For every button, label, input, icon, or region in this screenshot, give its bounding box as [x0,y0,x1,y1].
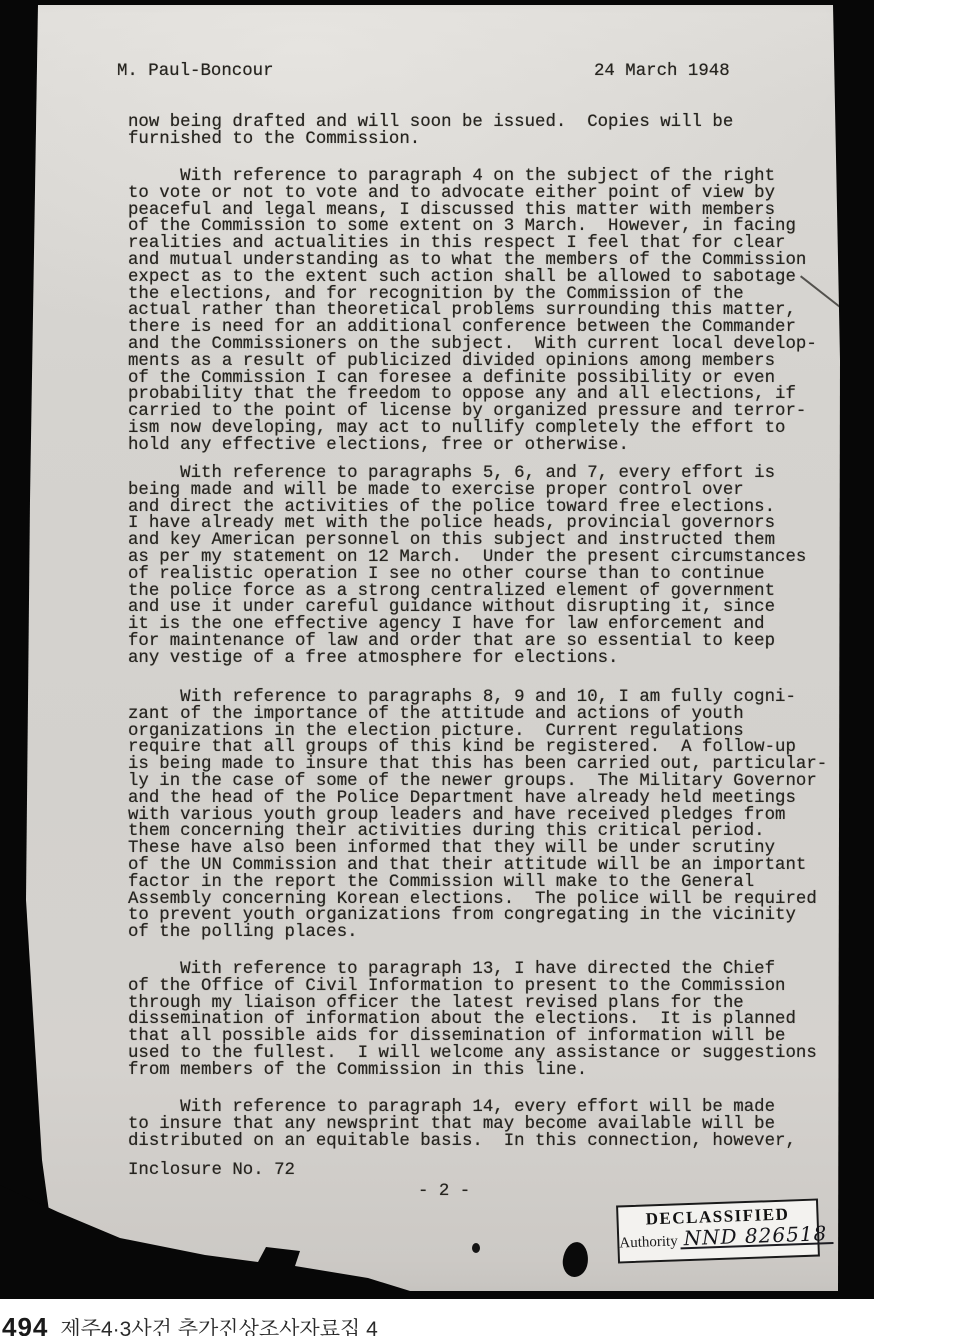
declassified-stamp: DECLASSIFIED AuthorityNND 826518 [616,1198,820,1263]
caption-page-number: 494 [2,1312,48,1336]
ink-speck [472,1243,480,1253]
book-page: M. Paul-Boncour 24 March 1948 now being … [0,0,976,1336]
paragraph-4: With reference to paragraphs 8, 9 and 10… [128,690,827,942]
paragraph-3: With reference to paragraphs 5, 6, and 7… [128,466,806,668]
stamp-authority-label: Authority [619,1233,678,1251]
caption-title: 제주4·3사건 추가진상조사자료집 4 [60,1318,377,1336]
book-caption: 494제주4·3사건 추가진상조사자료집 4 [2,1312,378,1336]
paragraph-2: With reference to paragraph 4 on the sub… [128,169,817,455]
paragraph-1: now being drafted and will soon be issue… [128,115,733,149]
paragraph-6: With reference to paragraph 14, every ef… [128,1100,796,1150]
addressee: M. Paul-Boncour [117,64,274,81]
stamp-authority-number: NND 826518 [680,1224,833,1249]
document-paper: M. Paul-Boncour 24 March 1948 now being … [0,0,874,1299]
inclosure-label: Inclosure No. 72 [128,1163,295,1180]
paragraph-5: With reference to paragraph 13, I have d… [128,962,817,1080]
scanned-photo: M. Paul-Boncour 24 March 1948 now being … [0,0,874,1299]
document-date: 24 March 1948 [594,64,730,81]
page-number: - 2 - [418,1184,470,1201]
